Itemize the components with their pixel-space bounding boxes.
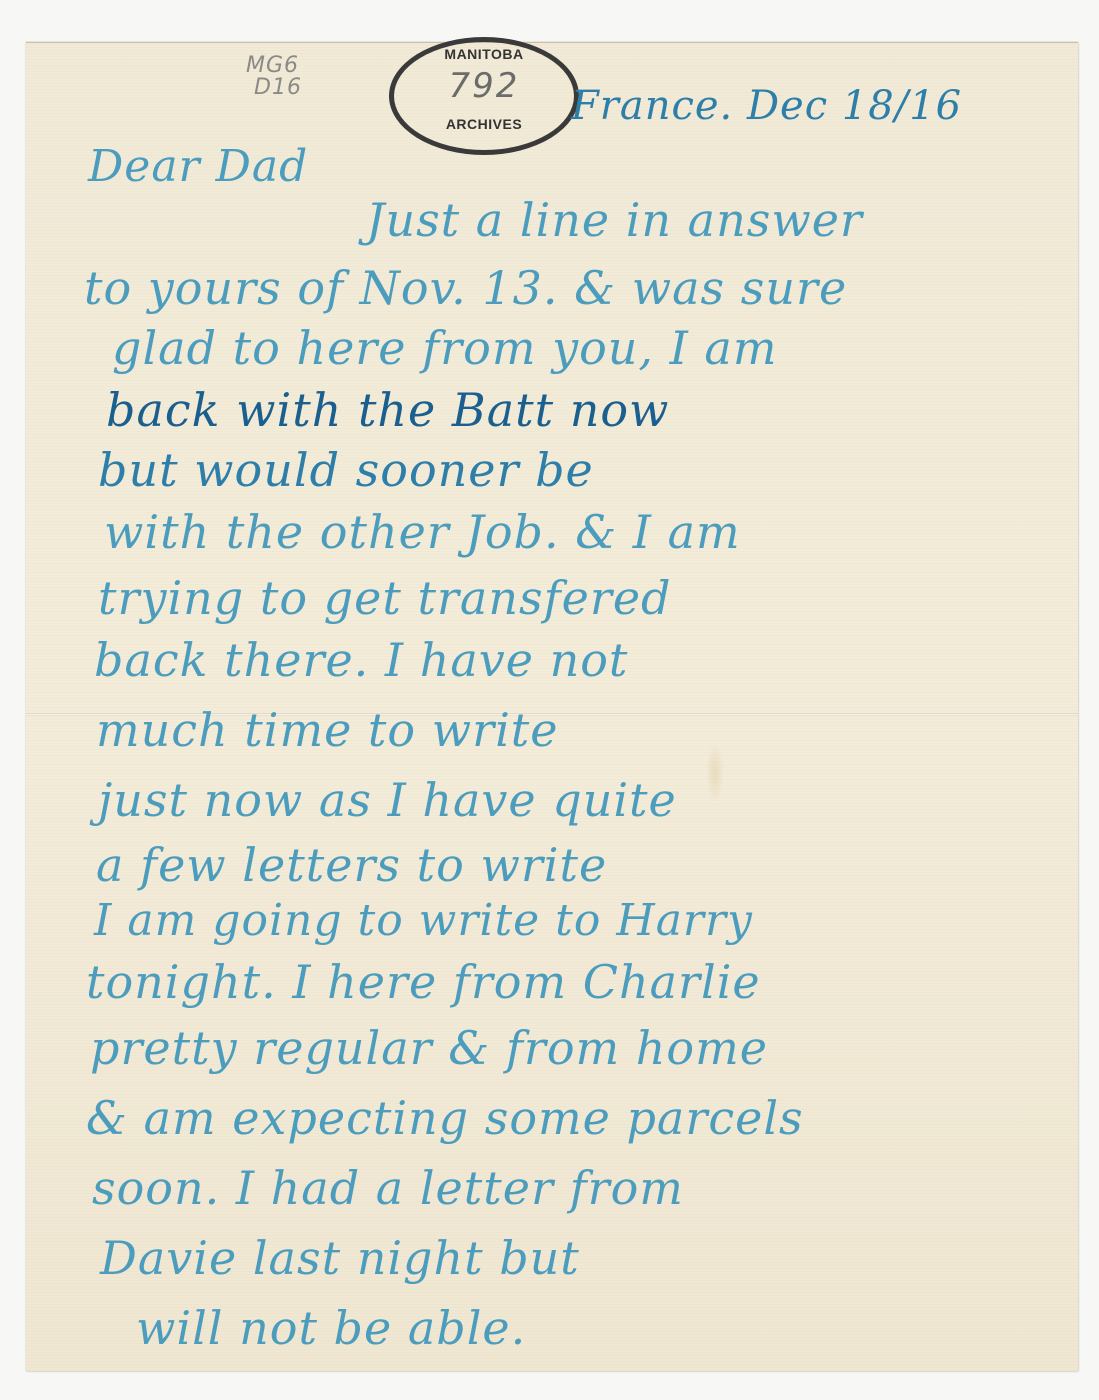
archive-ref-line-1: MG6: [246, 55, 302, 77]
paper-stain: [706, 743, 724, 803]
letter-line-16: soon. I had a letter from: [92, 1161, 684, 1215]
dateline: France. Dec 18/16: [571, 83, 962, 129]
letter-page: MG6 D16 MANITOBA 792 ARCHIVES France. De…: [26, 42, 1078, 1371]
letter-line-18: will not be able.: [136, 1301, 526, 1355]
letter-line-6: with the other Job. & I am: [104, 505, 741, 559]
stamp-top-text: MANITOBA: [394, 46, 574, 62]
letter-line-4: back with the Batt now: [106, 383, 669, 437]
stamp-bottom-text: ARCHIVES: [394, 116, 574, 132]
letter-line-17: Davie last night but: [100, 1231, 580, 1285]
letter-line-9: much time to write: [96, 703, 559, 757]
salutation: Dear Dad: [88, 141, 308, 192]
letter-line-14: pretty regular & from home: [90, 1021, 768, 1075]
letter-line-10: just now as I have quite: [98, 773, 677, 827]
manitoba-archives-stamp: MANITOBA 792 ARCHIVES: [389, 37, 579, 155]
letter-line-12: I am going to write to Harry: [94, 895, 753, 946]
letter-line-13: tonight. I here from Charlie: [86, 955, 761, 1009]
letter-line-11: a few letters to write: [96, 838, 607, 892]
letter-line-7: trying to get transfered: [98, 571, 671, 625]
letter-line-8: back there. I have not: [94, 633, 628, 687]
letter-line-15: & am expecting some parcels: [86, 1091, 804, 1145]
letter-line-3: glad to here from you, I am: [112, 321, 777, 375]
stamp-number: 792: [394, 66, 574, 106]
letter-line-2: to yours of Nov. 13. & was sure: [84, 261, 847, 315]
archive-ref-line-2: D16: [246, 77, 302, 99]
letter-line-5: but would sooner be: [98, 443, 594, 497]
archive-reference: MG6 D16: [246, 55, 302, 99]
letter-line-1: Just a line in answer: [366, 193, 863, 247]
